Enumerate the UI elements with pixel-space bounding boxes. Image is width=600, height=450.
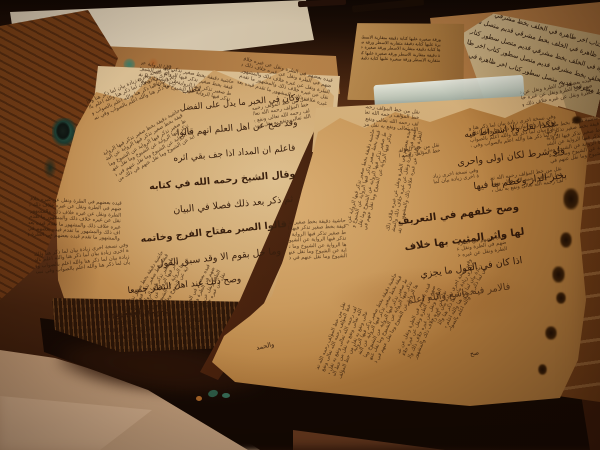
dark-stick-small: [298, 0, 346, 7]
ink-stain: [556, 292, 566, 304]
note-script-lines: ورقة صغيرة عليها كتابة دقيقة متقاربة الا…: [361, 35, 441, 64]
manuscript-photo-scene: سطور كتاب اخر ظاهرة في الخلف بخط مشرقي ق…: [0, 0, 600, 450]
edge-ink-blot: [44, 158, 56, 178]
ink-stain: [545, 326, 557, 340]
edge-ink-blot: [56, 122, 70, 140]
dark-stick: [352, 0, 424, 13]
teal-speck: [222, 393, 230, 398]
ink-stain: [572, 116, 582, 124]
ink-stain: [552, 266, 565, 283]
ink-stain: [560, 232, 572, 248]
ink-stain: [538, 364, 547, 375]
orange-speck: [196, 396, 202, 401]
ink-stain: [563, 188, 579, 210]
